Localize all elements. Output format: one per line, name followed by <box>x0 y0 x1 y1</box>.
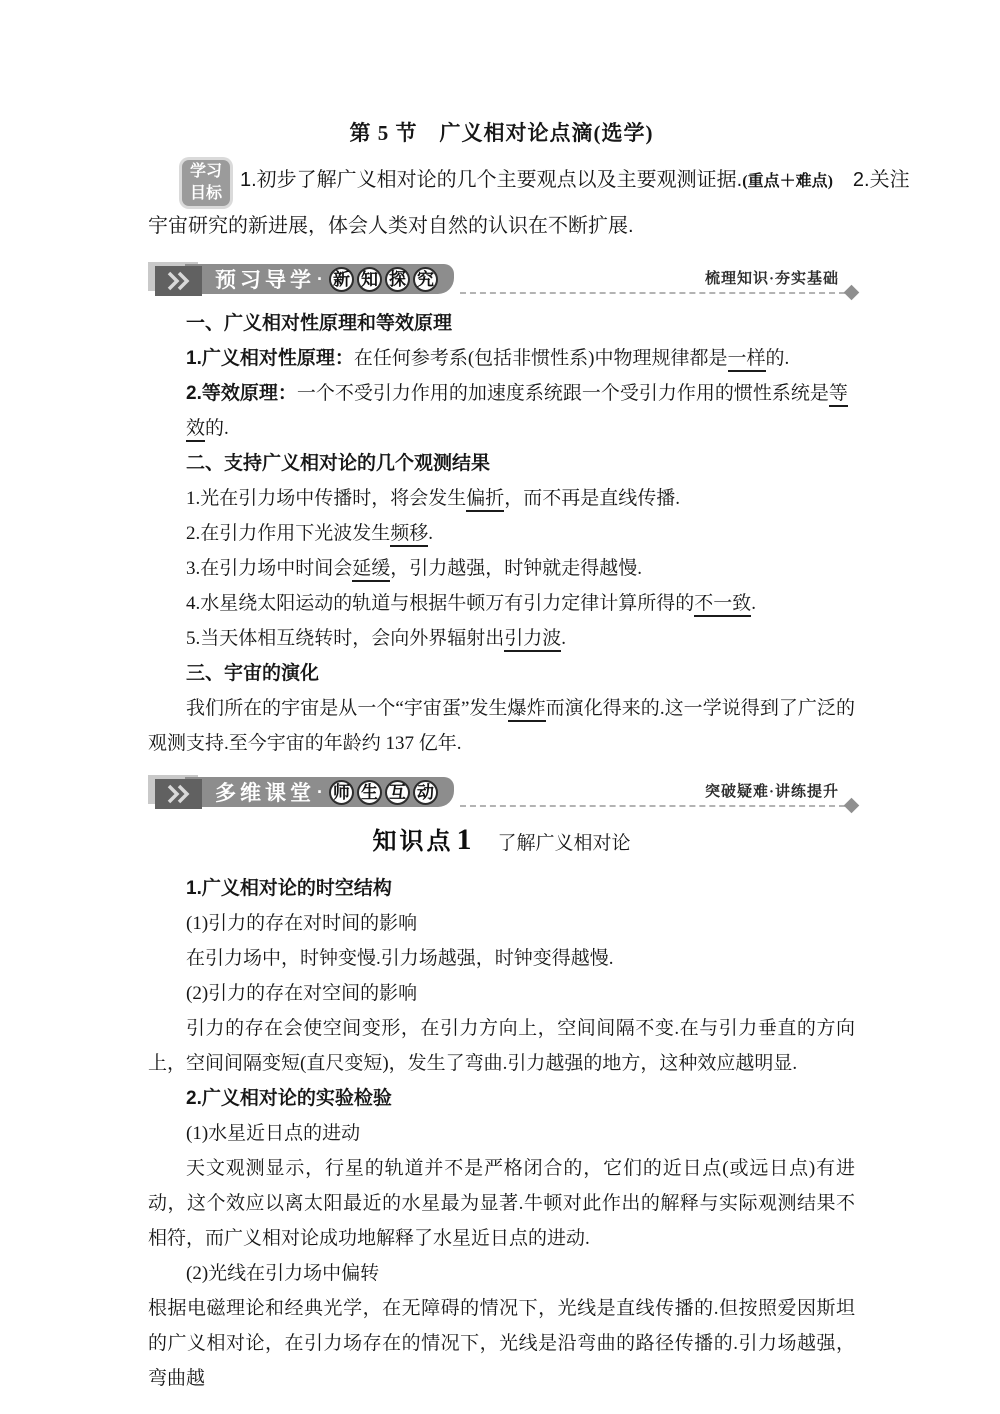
learning-objectives: 学习 目标 1.初步了解广义相对论的几个主要观点以及主要观测证据.(重点＋难点)… <box>148 158 855 248</box>
badge-line-2: 目标 <box>182 183 230 205</box>
paragraph: 天文观测显示，行星的轨道并不是严格闭合的，它们的近日点(或远日点)有进动，这个效… <box>148 1151 855 1256</box>
badge-line-1: 学习 <box>182 161 230 183</box>
banner-multi-class: 多维课堂 · 师 生 互 动 突破疑难·讲练提升 <box>148 775 855 809</box>
knowledge-point-title: 了解广义相对论 <box>497 833 630 854</box>
text-segment: 的. <box>766 348 790 369</box>
banner-circle-group: 新 知 探 究 <box>329 267 438 292</box>
text-segment: ，而不再是直线传播. <box>504 488 680 509</box>
paragraph: 引力的存在会使空间变形，在引力方向上，空间间隔不变.在与引力垂直的方向上，空间间… <box>148 1011 855 1081</box>
list-item: 在引力场中，时钟变慢.引力场越强，时钟变得越慢. <box>148 941 855 976</box>
text-segment: 4.水星绕太阳运动的轨道与根据牛顿万有引力定律计算所得的 <box>186 593 694 614</box>
banner-circle-char: 探 <box>385 267 410 292</box>
text-segment: . <box>428 523 433 544</box>
list-item: 2.在引力作用下光波发生频移. <box>148 516 855 551</box>
underlined-term: 不一致 <box>694 593 751 617</box>
banner-bar: 预习导学 · 新 知 探 究 <box>185 264 454 294</box>
text-segment: 3.在引力场中时间会 <box>186 558 352 579</box>
text-segment: (重点＋难点) <box>742 173 833 190</box>
text-segment: 2.关注 <box>833 169 910 191</box>
lesson-section: 1.广义相对论的时空结构 (1)引力的存在对时间的影响 在引力场中，时钟变慢.引… <box>148 871 855 1396</box>
text-segment: 5.当天体相互绕转时，会向外界辐射出 <box>186 628 504 649</box>
section-heading: 1.广义相对论的时空结构 <box>148 871 855 906</box>
text-segment: ，引力越强，时钟就走得越慢. <box>390 558 642 579</box>
text-segment: 1.光在引力场中传播时，将会发生 <box>186 488 466 509</box>
banner-right-label: 梳理知识·夯实基础 <box>705 267 839 288</box>
knowledge-point-label: 知识点 <box>372 828 453 855</box>
list-item: 3.在引力场中时间会延缓，引力越强，时钟就走得越慢. <box>148 551 855 586</box>
section-heading: 三、宇宙的演化 <box>148 656 855 691</box>
banner-bar: 多维课堂 · 师 生 互 动 <box>185 777 454 807</box>
banner-right-label: 突破疑难·讲练提升 <box>705 780 839 801</box>
dashed-rule <box>460 292 845 294</box>
underlined-term: 偏折 <box>466 488 504 512</box>
chevron-right-icon <box>164 271 194 291</box>
underlined-term: 引力波 <box>504 628 561 652</box>
banner-title: 预习导学 <box>215 264 315 294</box>
banner-separator-dot: · <box>317 782 323 803</box>
underlined-term: 一样 <box>728 348 766 372</box>
text-segment: . <box>751 593 756 614</box>
double-chevron-icon <box>155 779 202 809</box>
objectives-line-1: 1.初步了解广义相对论的几个主要观点以及主要观测证据.(重点＋难点) 2.关注 <box>148 158 855 204</box>
banner-separator-dot: · <box>317 269 323 290</box>
banner-preview-guide: 预习导学 · 新 知 探 究 梳理知识·夯实基础 <box>148 262 855 296</box>
list-item: 4.水星绕太阳运动的轨道与根据牛顿万有引力定律计算所得的不一致. <box>148 586 855 621</box>
text-segment: 我们所在的宇宙是从一个“宇宙蛋”发生 <box>186 698 508 719</box>
knowledge-point-number: 1 <box>456 823 471 856</box>
section-heading: 一、广义相对性原理和等效原理 <box>148 306 855 341</box>
paragraph: 我们所在的宇宙是从一个“宇宙蛋”发生爆炸而演化得来的.这一学说得到了广泛的观测支… <box>148 691 855 761</box>
text-segment: 2.等效原理： <box>186 383 297 404</box>
section-heading: 2.广义相对论的实验检验 <box>148 1081 855 1116</box>
banner-circle-char: 互 <box>385 780 410 805</box>
list-item: (2)引力的存在对空间的影响 <box>148 976 855 1011</box>
banner-circle-char: 知 <box>357 267 382 292</box>
underlined-term: 频移 <box>390 523 428 547</box>
diamond-icon <box>844 285 860 301</box>
banner-right-area: 梳理知识·夯实基础 <box>454 262 855 294</box>
underlined-term: 爆炸 <box>508 698 546 722</box>
text-segment: 1.初步了解广义相对论的几个主要观点以及主要观测证据. <box>240 169 742 191</box>
text-segment: 一个不受引力作用的加速度系统跟一个受引力作用的惯性系统是 <box>297 383 829 404</box>
banner-right-area: 突破疑难·讲练提升 <box>454 775 855 807</box>
text-segment: 1.广义相对性原理： <box>186 348 354 369</box>
list-item: (1)水星近日点的进动 <box>148 1116 855 1151</box>
objectives-badge: 学习 目标 <box>182 160 230 206</box>
document-page: 第 5 节 广义相对论点滴(选学) 学习 目标 1.初步了解广义相对论的几个主要… <box>0 0 1000 1414</box>
knowledge-point-header: 知识点1 了解广义相对论 <box>148 821 855 863</box>
banner-circle-char: 新 <box>329 267 354 292</box>
dashed-rule <box>460 805 845 807</box>
chevron-right-icon <box>164 784 194 804</box>
list-item: (2)光线在引力场中偏转 <box>148 1256 855 1291</box>
banner-circle-char: 究 <box>413 267 438 292</box>
text-segment: 2.在引力作用下光波发生 <box>186 523 390 544</box>
banner-circle-char: 生 <box>357 780 382 805</box>
list-item: (1)引力的存在对时间的影响 <box>148 906 855 941</box>
paragraph: 根据电磁理论和经典光学，在无障碍的情况下，光线是直线传播的.但按照爱因斯坦的广义… <box>148 1291 855 1396</box>
list-item: 1.广义相对性原理：在任何参考系(包括非惯性系)中物理规律都是一样的. <box>148 341 855 376</box>
text-segment: . <box>561 628 566 649</box>
list-item: 5.当天体相互绕转时，会向外界辐射出引力波. <box>148 621 855 656</box>
banner-title: 多维课堂 <box>215 777 315 807</box>
objectives-line-2: 宇宙研究的新进展，体会人类对自然的认识在不断扩展. <box>148 204 855 248</box>
underlined-term: 延缓 <box>352 558 390 582</box>
preview-section: 一、广义相对性原理和等效原理 1.广义相对性原理：在任何参考系(包括非惯性系)中… <box>148 306 855 761</box>
banner-circle-group: 师 生 互 动 <box>329 780 438 805</box>
diamond-icon <box>844 798 860 814</box>
page-title: 第 5 节 广义相对论点滴(选学) <box>148 118 855 148</box>
banner-circle-char: 师 <box>329 780 354 805</box>
banner-circle-char: 动 <box>413 780 438 805</box>
text-segment: 的. <box>205 418 229 439</box>
list-item: 1.光在引力场中传播时，将会发生偏折，而不再是直线传播. <box>148 481 855 516</box>
double-chevron-icon <box>155 266 202 296</box>
section-heading: 二、支持广义相对论的几个观测结果 <box>148 446 855 481</box>
text-segment: 在任何参考系(包括非惯性系)中物理规律都是 <box>354 348 728 369</box>
list-item: 2.等效原理：一个不受引力作用的加速度系统跟一个受引力作用的惯性系统是等效的. <box>148 376 855 446</box>
